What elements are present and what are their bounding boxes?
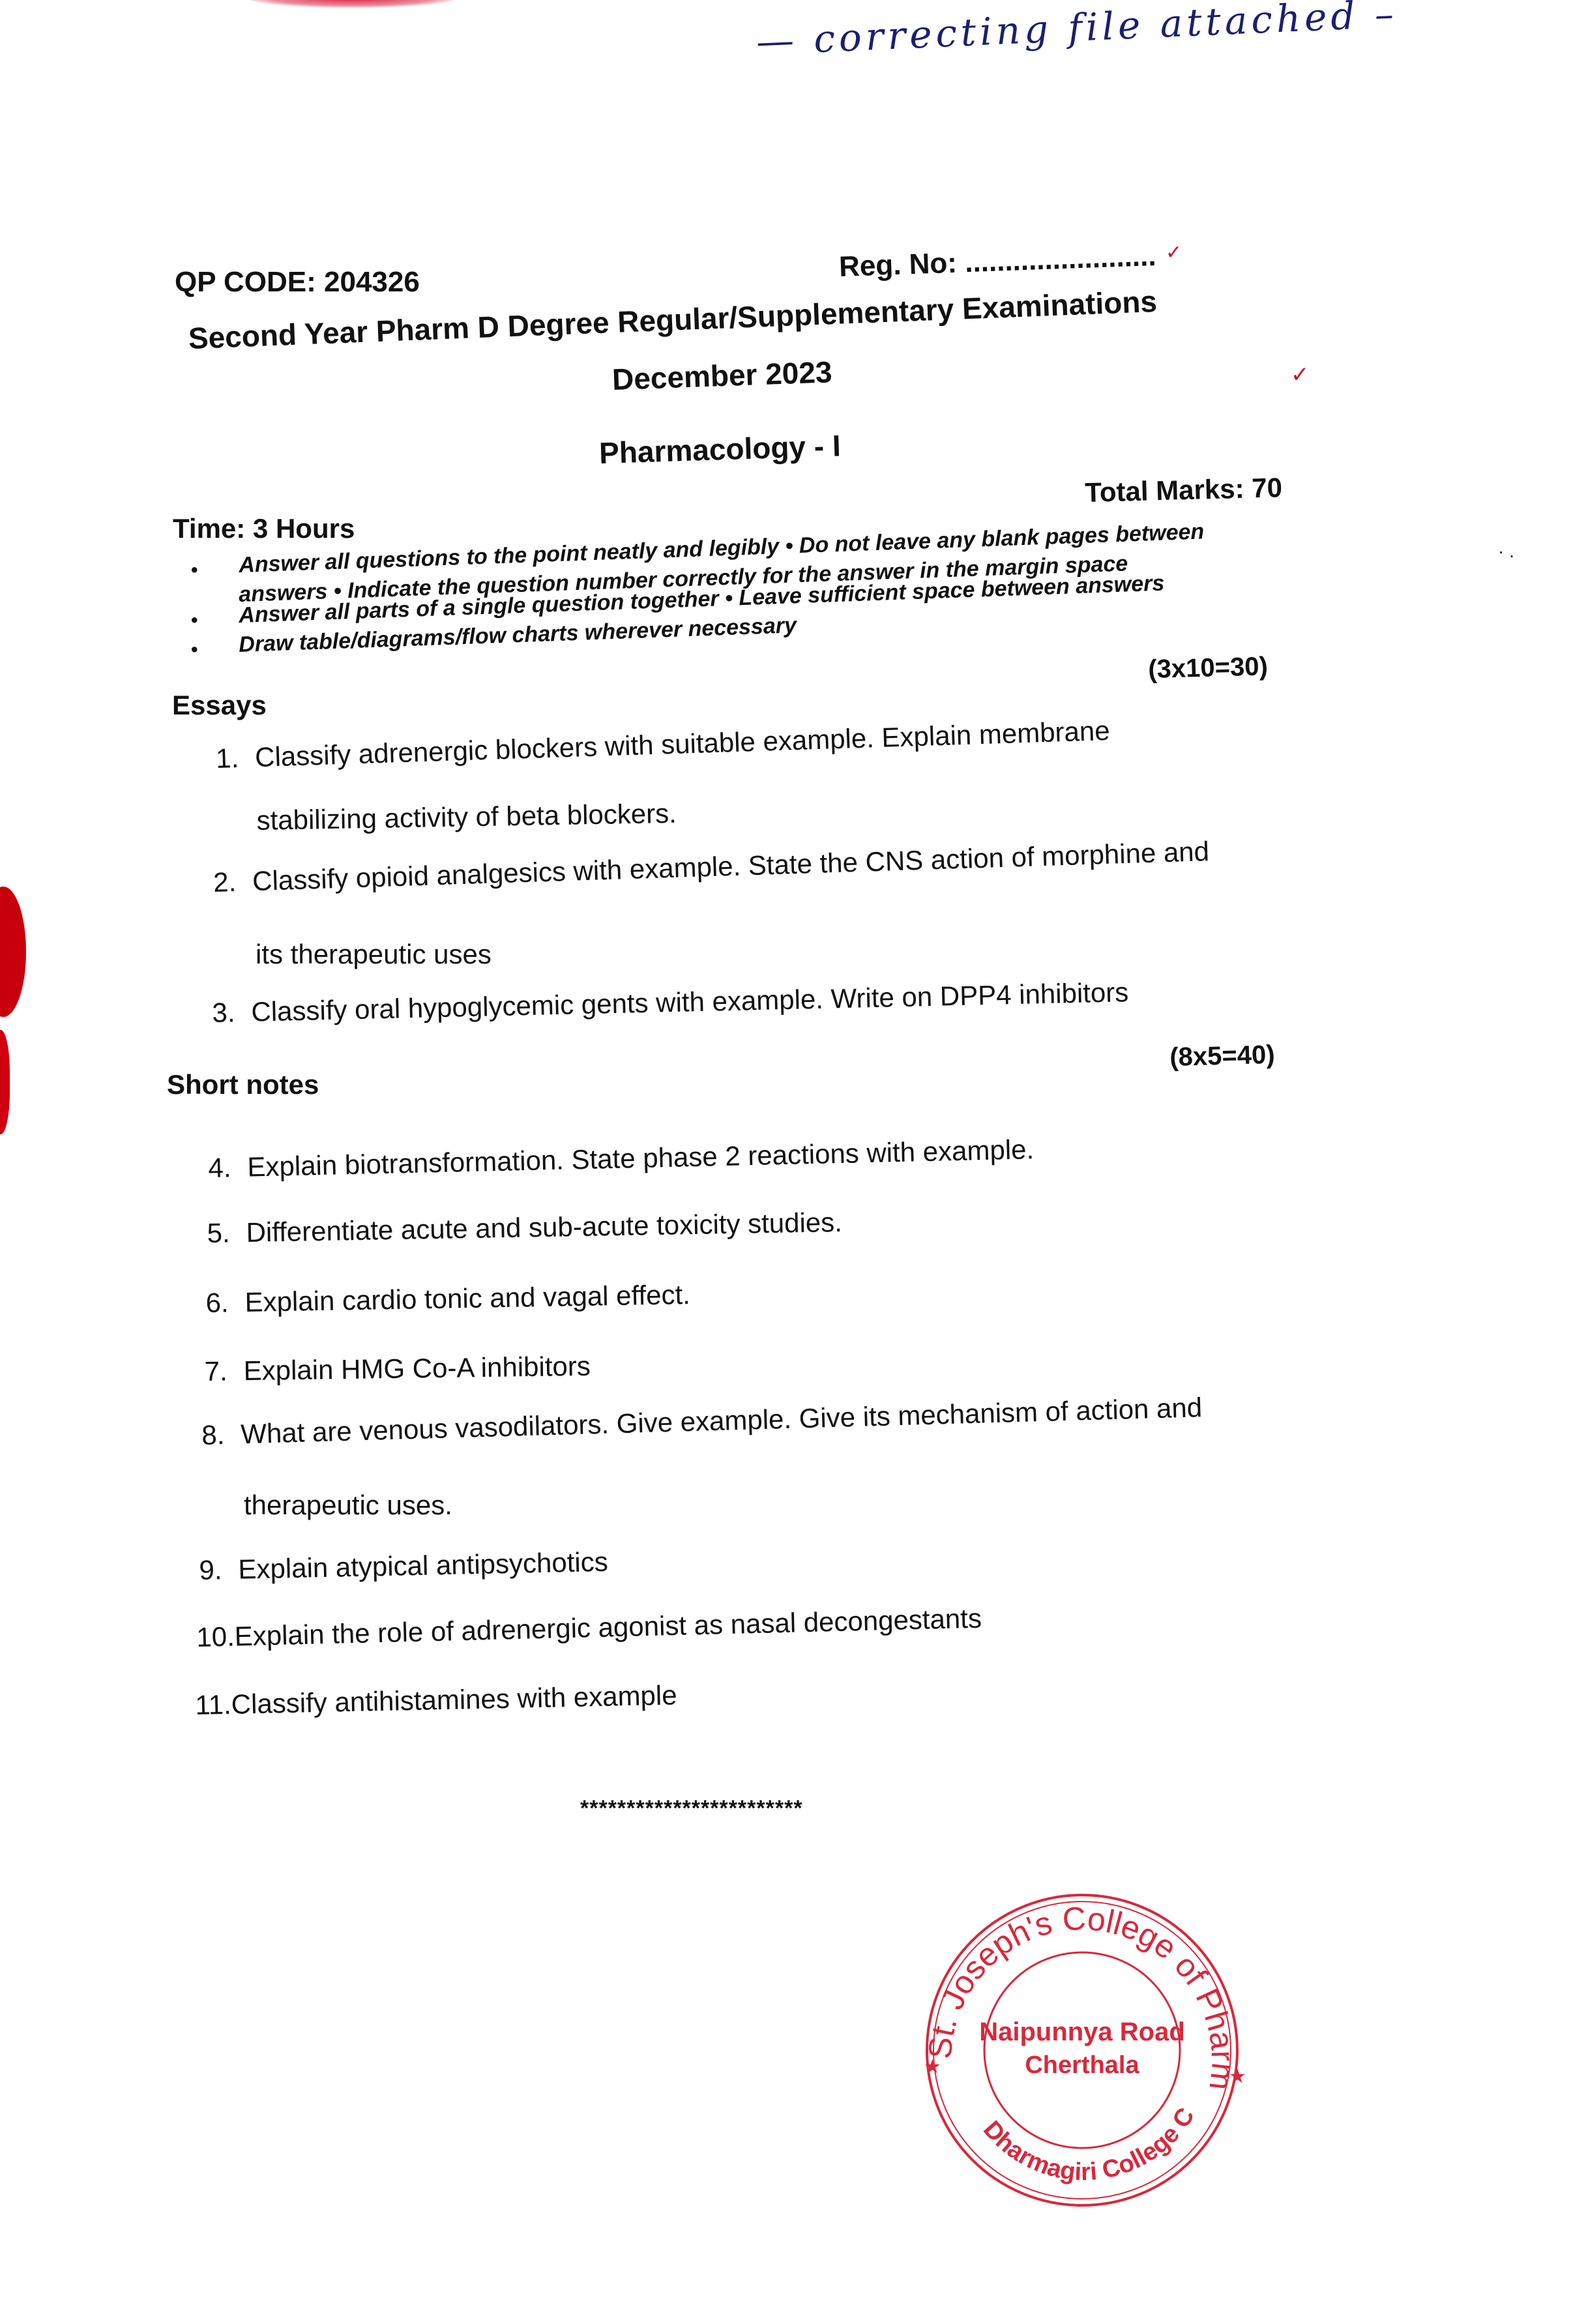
question-text: Explain biotransformation. State phase 2… xyxy=(247,1134,1035,1182)
question-number: 8. xyxy=(201,1419,241,1451)
exam-time: Time: 3 Hours xyxy=(173,513,355,544)
question-text: Explain atypical antipsychotics xyxy=(238,1546,608,1585)
bullet-icon: • xyxy=(191,559,198,581)
question-number: 5. xyxy=(207,1217,246,1249)
question-10: 10.Explain the role of adrenergic agonis… xyxy=(196,1603,982,1653)
college-stamp: St. Joseph's College of Pharmacy Dharmag… xyxy=(903,1877,1268,2216)
question-5: 5.Differentiate acute and sub-acute toxi… xyxy=(207,1207,842,1249)
question-number: 7. xyxy=(204,1355,244,1387)
question-text: What are venous vasodilators. Give examp… xyxy=(241,1392,1203,1449)
question-2: 2.Classify opioid analgesics with exampl… xyxy=(213,836,1209,898)
red-pen-mark: ✓ xyxy=(1166,241,1182,264)
essays-heading: Essays xyxy=(172,690,267,721)
question-number: 6. xyxy=(205,1287,245,1319)
question-7: 7.Explain HMG Co-A inhibitors xyxy=(204,1351,591,1387)
question-number: 1. xyxy=(215,742,255,774)
end-of-paper-marker: ************************ xyxy=(580,1796,803,1821)
question-3: 3.Classify oral hypoglycemic gents with … xyxy=(212,977,1129,1029)
star-icon: ★ xyxy=(1229,2066,1246,2087)
question-8: 8.What are venous vasodilators. Give exa… xyxy=(201,1392,1203,1451)
question-2-continued: its therapeutic uses xyxy=(256,939,492,970)
reg-no-field: Reg. No: ........................ xyxy=(838,240,1156,284)
question-text: Explain HMG Co-A inhibitors xyxy=(243,1351,591,1386)
question-text: Classify adrenergic blockers with suitab… xyxy=(254,715,1110,772)
question-text: Explain cardio tonic and vagal effect. xyxy=(244,1279,690,1317)
handwritten-note: — correcting file attached – xyxy=(756,0,1399,64)
subject-title: Pharmacology - I xyxy=(598,428,841,471)
question-11: 11.Classify antihistamines with example xyxy=(195,1680,677,1721)
margin-specks: · . xyxy=(1498,541,1514,562)
total-marks: Total Marks: 70 xyxy=(1085,472,1283,508)
stamp-inner-line2: Cherthala xyxy=(1025,2052,1139,2079)
question-6: 6.Explain cardio tonic and vagal effect. xyxy=(205,1279,690,1319)
star-icon: ★ xyxy=(924,2056,941,2078)
red-ink-smear-left xyxy=(0,887,26,1017)
red-ink-smear-top xyxy=(248,0,456,8)
question-text: Classify opioid analgesics with example.… xyxy=(252,836,1209,896)
question-number: 10. xyxy=(196,1621,235,1653)
question-1-continued: stabilizing activity of beta blockers. xyxy=(256,798,677,836)
question-4: 4.Explain biotransformation. State phase… xyxy=(208,1134,1035,1184)
question-9: 9.Explain atypical antipsychotics xyxy=(199,1546,608,1586)
question-number: 2. xyxy=(213,866,252,898)
short-notes-heading: Short notes xyxy=(167,1069,319,1100)
stamp-inner-line1: Naipunnya Road xyxy=(979,2018,1185,2046)
question-text: Explain the role of adrenergic agonist a… xyxy=(234,1603,982,1652)
qp-code: QP CODE: 204326 xyxy=(175,266,420,299)
bullet-icon: • xyxy=(191,610,198,632)
short-notes-marks: (8x5=40) xyxy=(1169,1040,1275,1072)
reg-no-value: ........................ xyxy=(964,240,1156,278)
bullet-icon: • xyxy=(191,639,198,661)
reg-no-label: Reg. No: xyxy=(838,246,965,283)
question-number: 4. xyxy=(208,1152,248,1184)
question-8-continued: therapeutic uses. xyxy=(244,1490,452,1521)
essays-marks: (3x10=30) xyxy=(1148,652,1269,684)
exam-date: December 2023 xyxy=(611,354,832,397)
question-text: Classify antihistamines with example xyxy=(231,1680,677,1720)
question-1: 1.Classify adrenergic blockers with suit… xyxy=(215,715,1110,774)
red-ink-smear-left-lower xyxy=(0,1030,10,1134)
question-text: Classify oral hypoglycemic gents with ex… xyxy=(251,977,1129,1027)
question-text: Differentiate acute and sub-acute toxici… xyxy=(246,1207,842,1248)
question-number: 9. xyxy=(199,1554,239,1586)
red-tick-mark: ✓ xyxy=(1291,362,1310,388)
question-number: 3. xyxy=(212,997,252,1029)
question-number: 11. xyxy=(195,1689,231,1720)
